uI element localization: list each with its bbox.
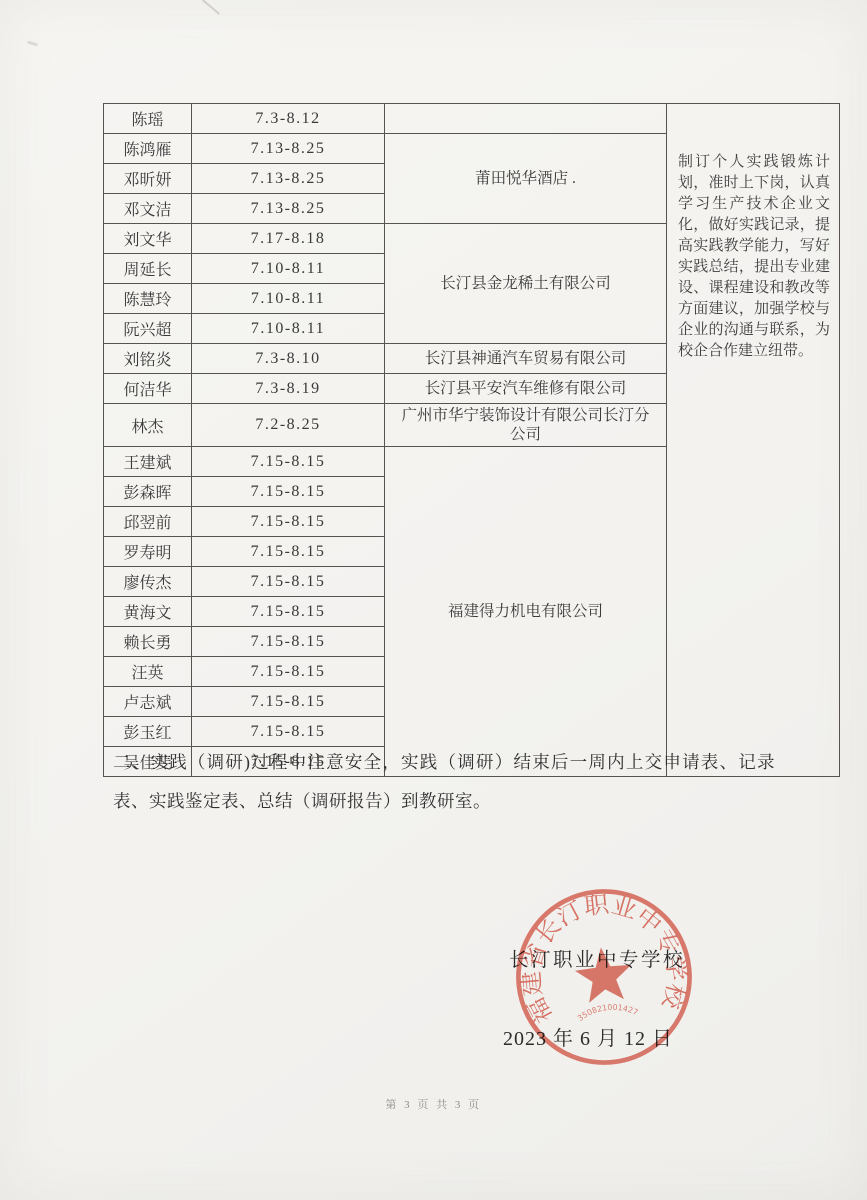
date-range-cell: 7.3-8.19	[192, 374, 385, 404]
student-name-cell: 廖传杰	[104, 567, 192, 597]
student-name-cell: 陈鸿雁	[104, 134, 192, 164]
note-cell: 制订个人实践锻炼计划，准时上下岗，认真学习生产技术企业文化，做好实践记录，提高实…	[667, 104, 840, 777]
date-range-cell: 7.10-8.11	[192, 284, 385, 314]
date-range-cell: 7.15-8.15	[192, 597, 385, 627]
student-name-cell: 卢志斌	[104, 687, 192, 717]
scanned-document-page: 陈瑶7.3-8.12制订个人实践锻炼计划，准时上下岗，认真学习生产技术企业文化，…	[0, 0, 867, 1200]
student-name-cell: 汪英	[104, 657, 192, 687]
page-footer: 第 3 页 共 3 页	[0, 1096, 867, 1112]
company-cell: 长汀县神通汽车贸易有限公司	[385, 344, 667, 374]
stamp-serial: 350821001427	[575, 1000, 640, 1024]
date-range-cell: 7.3-8.10	[192, 344, 385, 374]
company-cell	[385, 104, 667, 134]
date-range-cell: 7.15-8.15	[192, 717, 385, 747]
student-name-cell: 刘文华	[104, 224, 192, 254]
student-name-cell: 王建斌	[104, 447, 192, 477]
date-range-cell: 7.13-8.25	[192, 194, 385, 224]
company-cell: 长汀县金龙稀土有限公司	[385, 224, 667, 344]
date-range-cell: 7.13-8.25	[192, 164, 385, 194]
scan-artifact	[27, 40, 38, 46]
student-name-cell: 邓文洁	[104, 194, 192, 224]
notice-paragraph: 二、实践（调研)过程中注意安全，实践（调研）结束后一周内上交申请表、记录表、实践…	[113, 743, 775, 821]
stamp-star	[573, 944, 635, 1003]
practice-table: 陈瑶7.3-8.12制订个人实践锻炼计划，准时上下岗，认真学习生产技术企业文化，…	[103, 103, 840, 777]
company-cell: 福建得力机电有限公司	[385, 447, 667, 777]
student-name-cell: 黄海文	[104, 597, 192, 627]
company-cell: 莆田悦华酒店 .	[385, 134, 667, 224]
date-range-cell: 7.15-8.15	[192, 687, 385, 717]
official-stamp: 福建省长汀职业中专学校 350821001427	[502, 875, 706, 1079]
student-name-cell: 林杰	[104, 404, 192, 447]
date-range-cell: 7.10-8.11	[192, 254, 385, 284]
date-range-cell: 7.10-8.11	[192, 314, 385, 344]
student-name-cell: 阮兴超	[104, 314, 192, 344]
date-range-cell: 7.3-8.12	[192, 104, 385, 134]
student-name-cell: 陈慧玲	[104, 284, 192, 314]
date-range-cell: 7.15-8.15	[192, 537, 385, 567]
student-name-cell: 彭玉红	[104, 717, 192, 747]
date-range-cell: 7.15-8.15	[192, 657, 385, 687]
date-range-cell: 7.15-8.15	[192, 507, 385, 537]
table-row: 陈瑶7.3-8.12制订个人实践锻炼计划，准时上下岗，认真学习生产技术企业文化，…	[104, 104, 840, 134]
company-cell: 长汀县平安汽车维修有限公司	[385, 374, 667, 404]
student-name-cell: 何洁华	[104, 374, 192, 404]
company-cell: 广州市华宁装饰设计有限公司长汀分公司	[385, 404, 667, 447]
date-range-cell: 7.2-8.25	[192, 404, 385, 447]
date-range-cell: 7.15-8.15	[192, 627, 385, 657]
scan-artifact	[202, 0, 220, 15]
date-range-cell: 7.15-8.15	[192, 567, 385, 597]
date-range-cell: 7.17-8.18	[192, 224, 385, 254]
practice-table-body: 陈瑶7.3-8.12制订个人实践锻炼计划，准时上下岗，认真学习生产技术企业文化，…	[104, 104, 840, 777]
student-name-cell: 邓昕妍	[104, 164, 192, 194]
student-name-cell: 陈瑶	[104, 104, 192, 134]
date-range-cell: 7.13-8.25	[192, 134, 385, 164]
date-range-cell: 7.15-8.15	[192, 477, 385, 507]
date-range-cell: 7.15-8.15	[192, 447, 385, 477]
student-name-cell: 刘铭炎	[104, 344, 192, 374]
student-name-cell: 邱翌前	[104, 507, 192, 537]
student-name-cell: 周延长	[104, 254, 192, 284]
student-name-cell: 彭森晖	[104, 477, 192, 507]
student-name-cell: 罗寿明	[104, 537, 192, 567]
student-name-cell: 赖长勇	[104, 627, 192, 657]
